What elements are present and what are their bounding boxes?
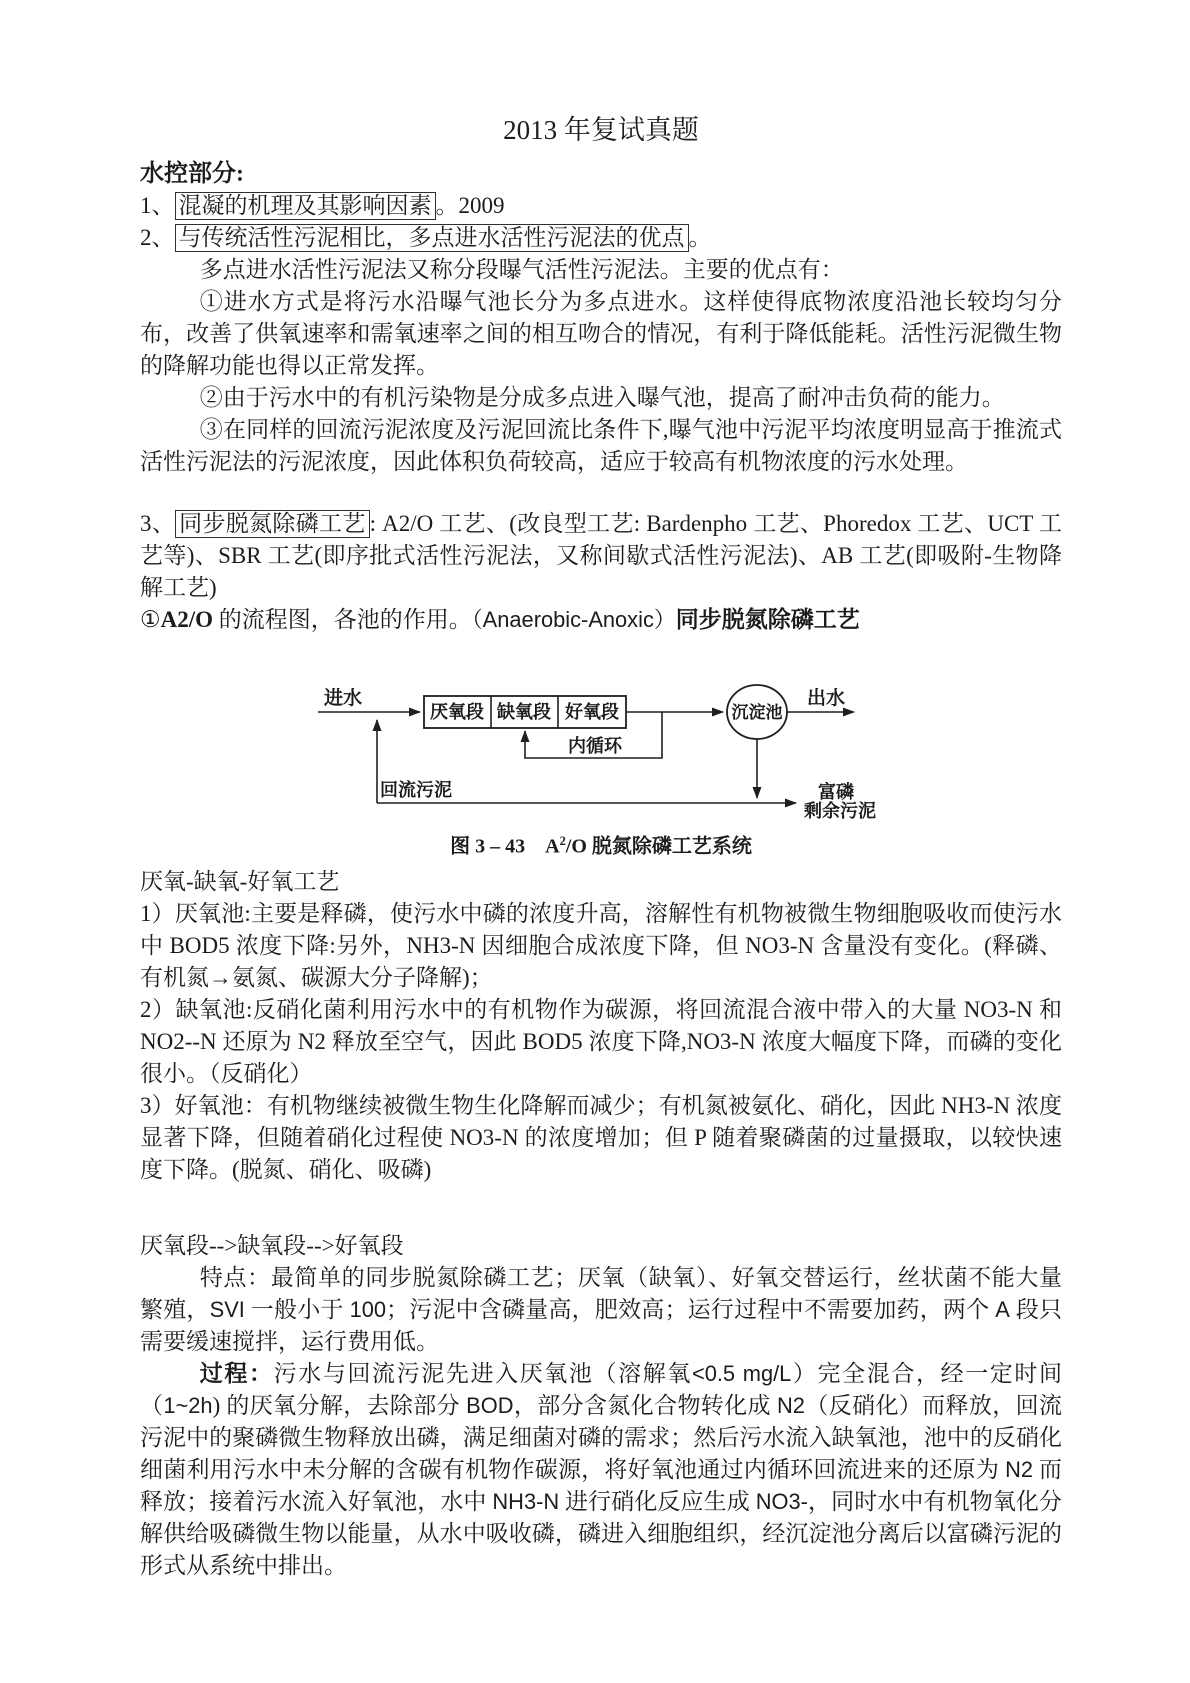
text-segment — [525, 836, 545, 858]
diagram-label-outflow: 出水 — [807, 686, 845, 709]
text-segment: 3）好氧池：有机物继续被微生物生化降解而减少；有机氮被氨化、硝化，因此 NH3-… — [140, 1093, 1062, 1182]
question-1: 1、混凝的机理及其影响因素。2009 — [140, 190, 1062, 222]
question-2: 2、与传统活性污泥相比，多点进水活性污泥法的优点。 — [140, 222, 1062, 254]
text-segment: 进行硝化反应生成 — [559, 1489, 756, 1514]
text-segment: 图 3 – 43 — [450, 836, 525, 858]
text-segment: 2、 — [140, 225, 175, 250]
aao-process-title: 厌氧-缺氧-好氧工艺 — [140, 866, 1062, 898]
text-segment: N2 — [1005, 1457, 1033, 1482]
diagram-label-aerobic: 好氧段 — [565, 701, 619, 722]
text-segment: A — [545, 836, 559, 858]
a2o-flow-diagram: 进水 厌氧段 缺氧段 好氧段 内循环 沉淀池 — [280, 640, 940, 820]
text-segment: ③在同样的回流污泥浓度及污泥回流比条件下,曝气池中污泥平均浓度明显高于推流式活性… — [140, 417, 1062, 474]
text-segment: NH3-N — [492, 1489, 559, 1514]
diagram-label-return-sludge: 回流污泥 — [380, 779, 452, 800]
text-segment: 水控部分: — [140, 161, 244, 187]
pool-2-anoxic: 2）缺氧池:反硝化菌利用污水中的有机物作为碳源，将回流混合液中带入的大量 NO3… — [140, 994, 1062, 1090]
text-segment: N2 — [777, 1393, 805, 1418]
text-segment: ，部分含氮化合物转化成 — [514, 1393, 778, 1418]
text-segment: ；污泥中含磷量高，肥效高；运行过程中不需要加药，两个 — [386, 1297, 995, 1322]
text-segment: 100 — [350, 1297, 386, 1322]
process-paragraph: 过程：污水与回流污泥先进入厌氧池（溶解氧<0.5 mg/L）完全混合，经一定时间… — [140, 1358, 1062, 1582]
text-segment: 混凝的机理及其影响因素 — [175, 192, 436, 220]
text-segment: A — [995, 1297, 1010, 1322]
text-segment: 厌氧-缺氧-好氧工艺 — [140, 869, 339, 894]
text-segment: 与传统活性污泥相比，多点进水活性污泥法的优点 — [175, 224, 689, 252]
features-paragraph: 特点：最简单的同步脱氮除磷工艺；厌氧（缺氧）、好氧交替运行，丝状菌不能大量繁殖，… — [140, 1262, 1062, 1358]
text-segment: 厌氧段-->缺氧段-->好氧段 — [140, 1233, 404, 1258]
document-content: 2013 年复试真题 水控部分: 1、混凝的机理及其影响因素。2009 2、与传… — [0, 0, 1190, 1582]
text-segment: ①进水方式是将污水沿曝气池长分为多点进水。这样使得底物浓度沿池长较均匀分布，改善… — [140, 289, 1062, 378]
a2o-subheading: ①A2/O 的流程图，各池的作用。（Anaerobic-Anoxic）同步脱氮除… — [140, 604, 1062, 636]
answer2-intro: 多点进水活性污泥法又称分段曝气活性污泥法。主要的优点有： — [140, 254, 1062, 286]
text-segment: 一般小于 — [245, 1297, 350, 1322]
text-segment: 。 — [689, 225, 712, 250]
diagram-label-inflow: 进水 — [324, 686, 362, 709]
text-segment: A2/O — [161, 607, 213, 632]
diagram-label-anoxic: 缺氧段 — [497, 701, 551, 722]
question-3: 3、同步脱氮除磷工艺: A2/O 工艺、(改良型工艺: Bardenpho 工艺… — [140, 508, 1062, 604]
a2o-flow-diagram-svg: 进水 厌氧段 缺氧段 好氧段 内循环 沉淀池 — [280, 640, 940, 820]
section-heading: 水控部分: — [140, 158, 1062, 190]
text-segment: 1~2h — [163, 1393, 212, 1418]
text-segment: 多点进水活性污泥法又称分段曝气活性污泥法。主要的优点有： — [200, 257, 844, 282]
text-segment: 。2009 — [436, 193, 505, 218]
pool-3-aerobic: 3）好氧池：有机物继续被微生物生化降解而减少；有机氮被氨化、硝化，因此 NH3-… — [140, 1090, 1062, 1186]
text-segment: ① — [140, 607, 161, 632]
text-segment: SVI — [210, 1297, 245, 1322]
diagram-label-rich-p-2: 剩余污泥 — [804, 800, 876, 820]
text-segment: NO3- — [756, 1489, 808, 1514]
text-segment: ) 的厌氧分解，去除部分 — [213, 1393, 467, 1418]
page-title: 2013 年复试真题 — [140, 112, 1062, 148]
text-segment: 2）缺氧池:反硝化菌利用污水中的有机物作为碳源，将回流混合液中带入的大量 NO3… — [140, 997, 1062, 1086]
diagram-label-rich-p-1: 富磷 — [818, 781, 854, 802]
text-segment: BOD — [466, 1393, 513, 1418]
text-segment: /O 脱氮除磷工艺系统 — [566, 836, 752, 858]
text-segment: ②由于污水中的有机污染物是分成多点进入曝气池，提高了耐冲击负荷的能力。 — [200, 385, 1005, 410]
text-segment: （Anaerobic-Anoxic） — [472, 607, 676, 632]
text-segment: 1、 — [140, 193, 175, 218]
answer2-advantage-2: ②由于污水中的有机污染物是分成多点进入曝气池，提高了耐冲击负荷的能力。 — [140, 382, 1062, 414]
diagram-label-clarifier: 沉淀池 — [732, 702, 783, 722]
diagram-label-anaerobic: 厌氧段 — [430, 701, 484, 722]
document-page: 2013 年复试真题 水控部分: 1、混凝的机理及其影响因素。2009 2、与传… — [0, 0, 1190, 1683]
stage-sequence: 厌氧段-->缺氧段-->好氧段 — [140, 1230, 1062, 1262]
text-segment: 的流程图，各池的作用。 — [213, 607, 472, 632]
pool-1-anaerobic: 1）厌氧池:主要是释磷，使污水中磷的浓度升高，溶解性有机物被微生物细胞吸收而使污… — [140, 898, 1062, 994]
answer2-advantage-3: ③在同样的回流污泥浓度及污泥回流比条件下,曝气池中污泥平均浓度明显高于推流式活性… — [140, 414, 1062, 478]
diagram-label-inner-recycle: 内循环 — [568, 735, 623, 756]
text-segment: 同步脱氮除磷工艺 — [676, 607, 860, 632]
text-segment: 同步脱氮除磷工艺 — [175, 510, 370, 538]
text-segment: <0.5 mg/L — [692, 1361, 791, 1386]
text-segment: 污水与回流污泥先进入厌氧池（溶解氧 — [274, 1361, 692, 1386]
text-segment: 过程： — [200, 1361, 274, 1386]
text-segment: 1）厌氧池:主要是释磷，使污水中磷的浓度升高，溶解性有机物被微生物细胞吸收而使污… — [140, 901, 1062, 990]
figure-caption: 图 3 – 43 A2/O 脱氮除磷工艺系统 — [140, 828, 1062, 860]
answer2-advantage-1: ①进水方式是将污水沿曝气池长分为多点进水。这样使得底物浓度沿池长较均匀分布，改善… — [140, 286, 1062, 382]
text-segment: 3、 — [140, 511, 175, 536]
